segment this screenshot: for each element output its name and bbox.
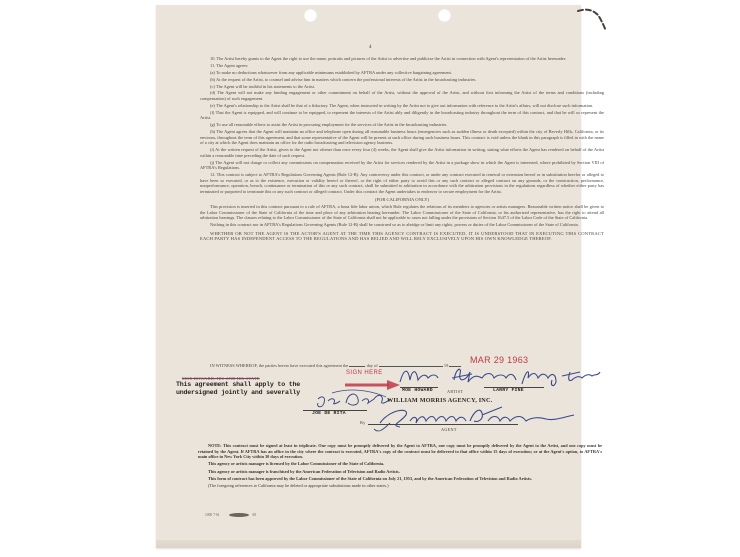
witness-line: IN WITNESS WHEREOF, the parties hereto h… [200, 362, 605, 368]
california-provision: This provision is inserted in this contr… [200, 204, 604, 221]
paragraph-11f: (f) That the Agent is equipped, and will… [200, 110, 604, 121]
paragraph-12: 12. This contract is subject to AFTRA's … [200, 172, 604, 194]
agent-label: AGENT [441, 427, 457, 432]
california-heading: (FOR CALIFORNIA ONLY) [200, 197, 604, 203]
punch-hole-left [304, 9, 317, 22]
paragraph-11i: (i) At the written request of the Artist… [200, 147, 604, 158]
licensed-note: This agency or artists manager is licens… [198, 461, 602, 467]
paragraph-11-intro: 11. The Agent agrees: [200, 63, 604, 69]
third-signer-name: JOE DE RITA [312, 411, 346, 416]
sign-here-label: SIGN HERE [346, 370, 383, 376]
paragraph-11a: (a) To make no deductions whatsoever fro… [200, 70, 604, 76]
triplicate-note: NOTE: This contract must be signed at le… [198, 443, 602, 460]
notes-block: NOTE: This contract must be signed at le… [198, 443, 602, 490]
page-number: 4 [369, 45, 372, 50]
paragraph-11h: (h) The Agent agrees that the Agent will… [200, 129, 604, 146]
sign-here-arrow-icon [345, 380, 400, 390]
month-blank [379, 362, 443, 367]
punch-hole-right [438, 9, 451, 22]
year-label: 19 [444, 363, 448, 368]
contract-body: 10. The Artist hereby grants to the Agen… [200, 56, 604, 243]
pencil-corner-mark-icon [576, 5, 616, 45]
independent-access-clause: WHETHER OR NOT THE AGENT IS THE ACTOR'S … [200, 231, 604, 242]
year-blank [449, 362, 461, 367]
form-footer: 1000 7-61 69 [205, 513, 256, 517]
artist-name-moe-howard: MOE HOWARD [402, 388, 433, 393]
california-nothing-clause: Nothing in this contract nor in AFTRA's … [200, 222, 604, 228]
paragraph-10: 10. The Artist hereby grants to the Agen… [200, 56, 604, 62]
paragraph-11b: (b) At the request of the Artist, to cou… [200, 77, 604, 83]
by-label: By [360, 420, 366, 425]
artist-name-larry-fine: LARRY FINE [493, 388, 524, 393]
union-label-icon [229, 513, 249, 517]
paragraph-11j: (j) The Agent will not charge or collect… [200, 160, 604, 171]
paragraph-11d: (d) The Agent will not make any binding … [200, 90, 604, 101]
approved-note: This form of contract has been approved … [198, 476, 602, 482]
union-label-code: 69 [253, 513, 257, 517]
paragraph-11g: (g) To use all reasonable efforts to ass… [200, 122, 604, 128]
rider-line-1: This agreement shall apply to the [176, 381, 300, 389]
agency-name: WILLIAM MORRIS AGENCY, INC. [387, 397, 492, 404]
agent-signature-line [368, 424, 518, 425]
paragraph-11c: (c) The Agent will be truthful in his st… [200, 84, 604, 90]
witness-text: IN WITNESS WHEREOF, the parties hereto h… [200, 363, 348, 368]
paragraph-11e: (e) The Agent's relationship to the Arti… [200, 103, 604, 109]
day-blank [349, 362, 365, 367]
franchised-note: This agency or artists manager is franch… [198, 469, 602, 475]
foregoing-note: (The foregoing references to California … [198, 483, 602, 489]
form-code: 1000 7-61 [205, 513, 220, 517]
rider-line-2: undersigned jointly and severally [176, 389, 300, 397]
day-of-label: day of [367, 363, 378, 368]
joint-several-rider: This agreement shall apply to the unders… [176, 381, 300, 397]
artist-label: ARTIST [447, 389, 463, 394]
